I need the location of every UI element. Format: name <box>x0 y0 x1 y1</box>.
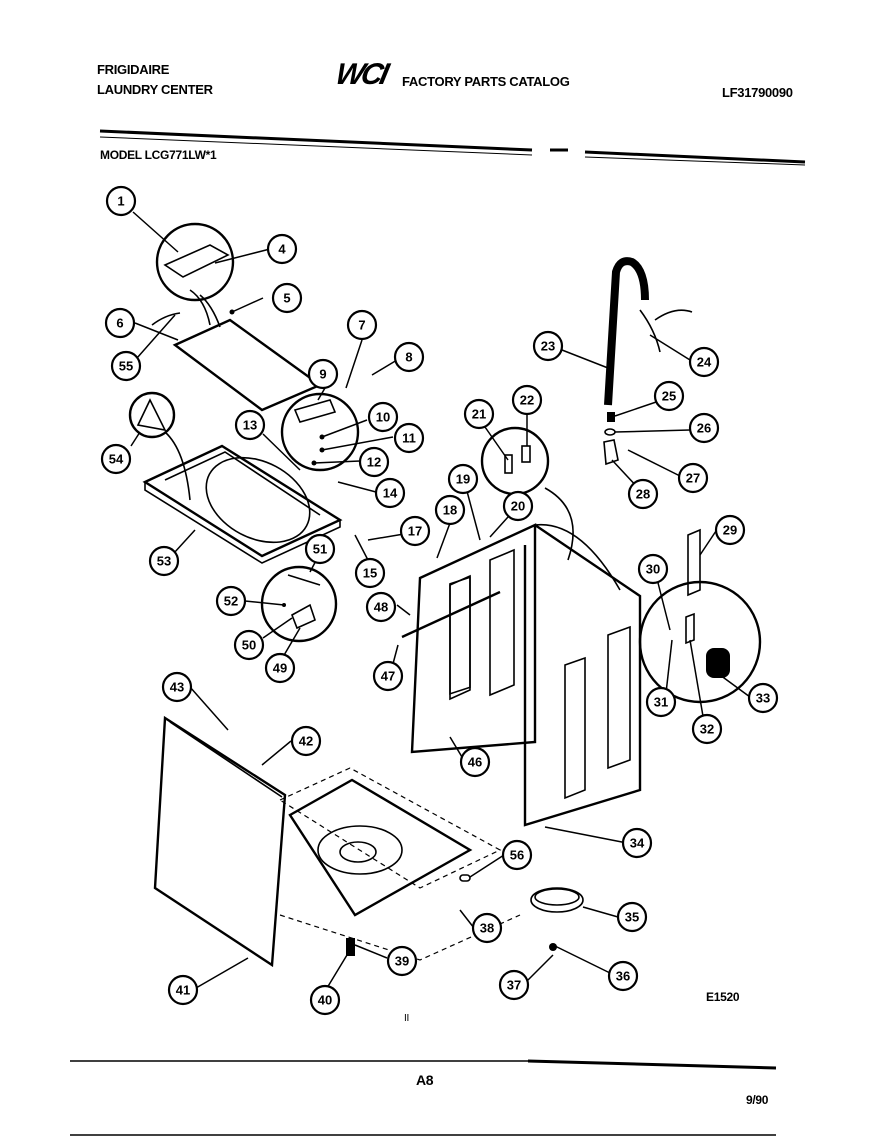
svg-text:26: 26 <box>697 421 711 436</box>
svg-text:46: 46 <box>468 755 482 770</box>
svg-text:27: 27 <box>686 471 700 486</box>
callout-34: 34 <box>623 829 651 857</box>
svg-text:52: 52 <box>224 594 238 609</box>
callout-9: 9 <box>309 360 337 388</box>
base-frame <box>280 768 583 960</box>
callout-53: 53 <box>150 547 178 575</box>
svg-text:9: 9 <box>319 367 326 382</box>
callout-29: 29 <box>716 516 744 544</box>
callout-36: 36 <box>609 962 637 990</box>
callout-6: 6 <box>106 309 134 337</box>
callout-24: 24 <box>690 348 718 376</box>
callout-30: 30 <box>639 555 667 583</box>
svg-text:28: 28 <box>636 487 650 502</box>
callout-31: 31 <box>647 688 675 716</box>
svg-text:21: 21 <box>472 407 486 422</box>
callout-22: 22 <box>513 386 541 414</box>
header-rules <box>100 131 805 165</box>
svg-text:29: 29 <box>723 523 737 538</box>
svg-text:51: 51 <box>313 542 327 557</box>
callout-43: 43 <box>163 673 191 701</box>
top-cover <box>130 393 340 563</box>
callout-23: 23 <box>534 332 562 360</box>
parts-catalog-page: FRIGIDAIRE LAUNDRY CENTER WCI FACTORY PA… <box>0 0 880 1141</box>
callout-19: 19 <box>449 465 477 493</box>
callout-11: 11 <box>395 424 423 452</box>
svg-text:35: 35 <box>625 910 639 925</box>
callout-8: 8 <box>395 343 423 371</box>
callout-33: 33 <box>749 684 777 712</box>
svg-text:24: 24 <box>697 355 712 370</box>
svg-text:23: 23 <box>541 339 555 354</box>
callout-48: 48 <box>367 593 395 621</box>
svg-text:7: 7 <box>358 318 365 333</box>
footer-rules <box>70 1061 776 1135</box>
callout-18: 18 <box>436 496 464 524</box>
exploded-view-diagram: 1456557891011121314545351525049151718192… <box>0 0 880 1141</box>
svg-text:34: 34 <box>630 836 645 851</box>
callout-50: 50 <box>235 631 263 659</box>
callout-27: 27 <box>679 464 707 492</box>
callout-40: 40 <box>311 986 339 1014</box>
callout-37: 37 <box>500 971 528 999</box>
svg-text:53: 53 <box>157 554 171 569</box>
callout-54: 54 <box>102 445 130 473</box>
svg-text:5: 5 <box>283 291 290 306</box>
front-panel <box>155 718 285 965</box>
svg-text:12: 12 <box>367 455 381 470</box>
callout-56: 56 <box>503 841 531 869</box>
svg-text:31: 31 <box>654 695 668 710</box>
svg-text:15: 15 <box>363 566 377 581</box>
svg-text:56: 56 <box>510 848 524 863</box>
callout-5: 5 <box>273 284 301 312</box>
svg-text:38: 38 <box>480 921 494 936</box>
callout-42: 42 <box>292 727 320 755</box>
callout-17: 17 <box>401 517 429 545</box>
callout-7: 7 <box>348 311 376 339</box>
callout-15: 15 <box>356 559 384 587</box>
callout-12: 12 <box>360 448 388 476</box>
callout-1: 1 <box>107 187 135 215</box>
callout-35: 35 <box>618 903 646 931</box>
callout-39: 39 <box>388 947 416 975</box>
svg-text:25: 25 <box>662 389 676 404</box>
svg-text:36: 36 <box>616 969 630 984</box>
svg-text:37: 37 <box>507 978 521 993</box>
callout-32: 32 <box>693 715 721 743</box>
svg-text:19: 19 <box>456 472 470 487</box>
callout-38: 38 <box>473 914 501 942</box>
svg-text:4: 4 <box>278 242 286 257</box>
svg-text:13: 13 <box>243 418 257 433</box>
callout-25: 25 <box>655 382 683 410</box>
svg-text:40: 40 <box>318 993 332 1008</box>
callout-52: 52 <box>217 587 245 615</box>
svg-text:18: 18 <box>443 503 457 518</box>
callout-20: 20 <box>504 492 532 520</box>
callout-4: 4 <box>268 235 296 263</box>
callout-10: 10 <box>369 403 397 431</box>
svg-text:10: 10 <box>376 410 390 425</box>
svg-text:42: 42 <box>299 734 313 749</box>
callout-51: 51 <box>306 535 334 563</box>
svg-text:8: 8 <box>405 350 412 365</box>
callout-13: 13 <box>236 411 264 439</box>
drain-hose <box>604 261 692 464</box>
svg-text:1: 1 <box>117 194 124 209</box>
svg-text:48: 48 <box>374 600 388 615</box>
svg-text:22: 22 <box>520 393 534 408</box>
callout-47: 47 <box>374 662 402 690</box>
callout-14: 14 <box>376 479 404 507</box>
svg-text:39: 39 <box>395 954 409 969</box>
svg-text:33: 33 <box>756 691 770 706</box>
cabinet <box>402 428 640 825</box>
svg-text:32: 32 <box>700 722 714 737</box>
callout-21: 21 <box>465 400 493 428</box>
svg-text:11: 11 <box>402 431 416 446</box>
callout-55: 55 <box>112 352 140 380</box>
svg-text:47: 47 <box>381 669 395 684</box>
svg-text:43: 43 <box>170 680 184 695</box>
hinge-detail <box>282 394 358 470</box>
svg-text:54: 54 <box>109 452 124 467</box>
svg-text:14: 14 <box>383 486 398 501</box>
callout-49: 49 <box>266 654 294 682</box>
svg-text:49: 49 <box>273 661 287 676</box>
svg-text:6: 6 <box>116 316 123 331</box>
svg-text:17: 17 <box>408 524 422 539</box>
svg-text:30: 30 <box>646 562 660 577</box>
svg-text:41: 41 <box>176 983 190 998</box>
svg-text:20: 20 <box>511 499 525 514</box>
callout-26: 26 <box>690 414 718 442</box>
callout-28: 28 <box>629 480 657 508</box>
callout-41: 41 <box>169 976 197 1004</box>
svg-text:55: 55 <box>119 359 133 374</box>
svg-text:50: 50 <box>242 638 256 653</box>
callout-46: 46 <box>461 748 489 776</box>
